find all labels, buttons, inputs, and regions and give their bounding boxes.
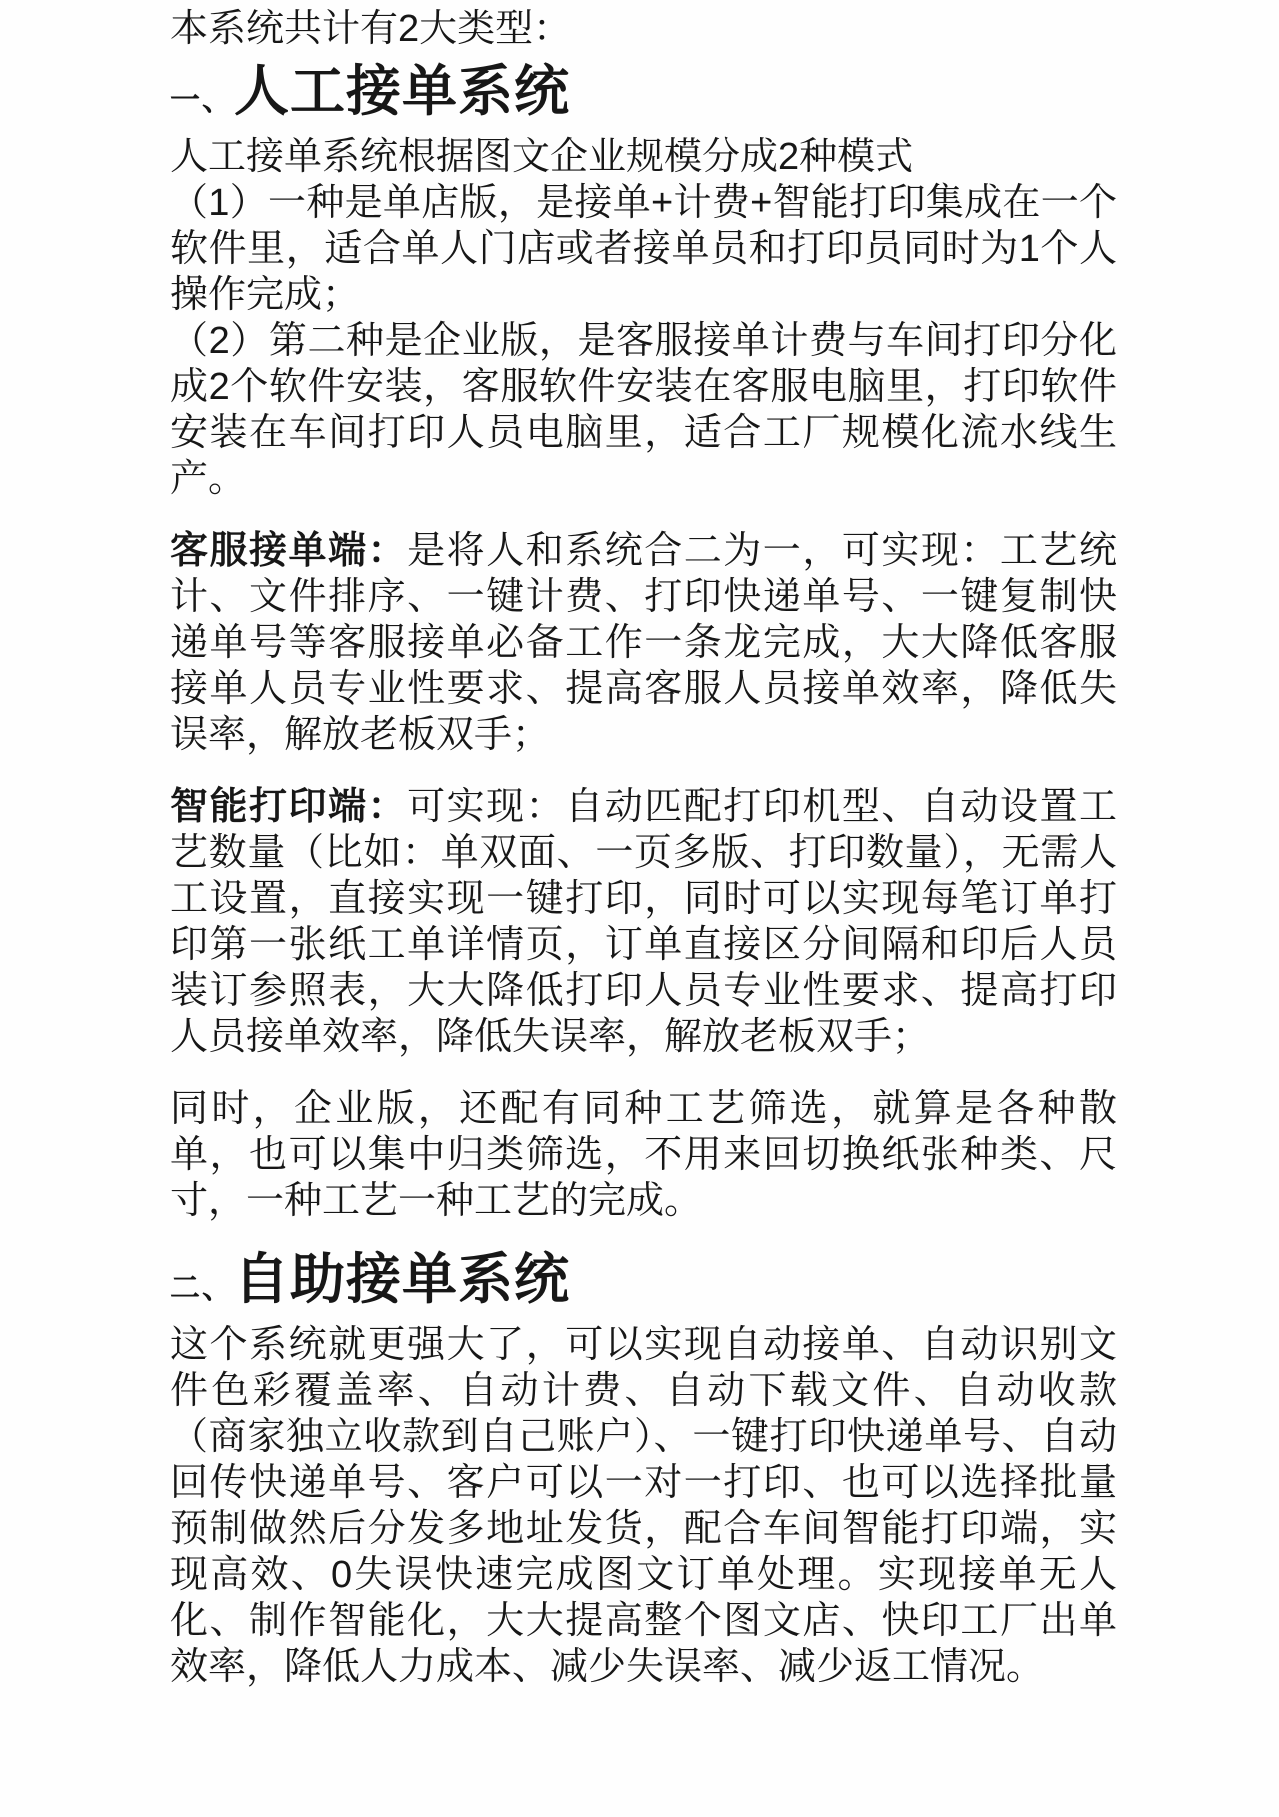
section-2-number: 二、 <box>170 1272 234 1305</box>
section-1-heading: 一、人工接单系统 <box>170 60 1117 132</box>
document-page: 本系统共计有2大类型： 一、人工接单系统 人工接单系统根据图文企业规模分成2种模… <box>0 0 1279 1817</box>
intro-line: 本系统共计有2大类型： <box>170 6 1117 52</box>
service-terminal-paragraph: 客服接单端：是将人和系统合二为一，可实现：工艺统计、文件排序、一键计费、打印快递… <box>170 528 1117 758</box>
section-2-title: 自助接单系统 <box>234 1248 570 1310</box>
section-1-mode2-paragraph: （2）第二种是企业版，是客服接单计费与车间打印分化成2个软件安装，客服软件安装在… <box>170 318 1117 502</box>
enterprise-extra-paragraph: 同时，企业版，还配有同种工艺筛选，就算是各种散单，也可以集中归类筛选，不用来回切… <box>170 1086 1117 1224</box>
section-2-overview-paragraph: 这个系统就更强大了，可以实现自动接单、自动识别文件色彩覆盖率、自动计费、自动下载… <box>170 1322 1117 1690</box>
smart-print-terminal-lead: 智能打印端： <box>170 786 407 828</box>
section-1-mode1-paragraph: （1）一种是单店版，是接单+计费+智能打印集成在一个软件里，适合单人门店或者接单… <box>170 180 1117 318</box>
section-1-overview-paragraph: 人工接单系统根据图文企业规模分成2种模式 <box>170 134 1117 180</box>
section-2-heading: 二、自助接单系统 <box>170 1248 1117 1320</box>
smart-print-terminal-paragraph: 智能打印端：可实现：自动匹配打印机型、自动设置工艺数量（比如：单双面、一页多版、… <box>170 784 1117 1060</box>
section-1-number: 一、 <box>170 84 234 117</box>
section-1-title: 人工接单系统 <box>234 60 570 122</box>
service-terminal-lead: 客服接单端： <box>170 530 407 572</box>
